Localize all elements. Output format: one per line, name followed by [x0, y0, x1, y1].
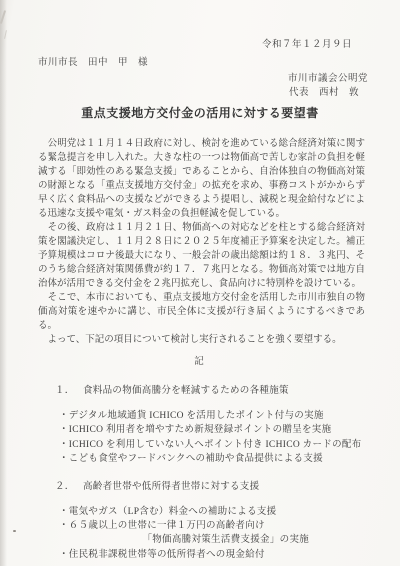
- item-heading: 食料品の物価高騰分を軽減するための各種施策: [83, 385, 289, 397]
- request-item-2: ２． 高齢者世帯や低所得者世帯に対する支援 ・電気やガス（LP含む）料金への補助…: [0, 481, 400, 563]
- addressee-line: 市川市長 田中 甲 様: [38, 57, 400, 69]
- body-paragraph-1: 公明党は１１月１４日政府に対し、検討を進めている総合経済対策に関する緊急提言を申…: [38, 137, 365, 221]
- request-item-2-heading-row: ２． 高齢者世帯や低所得者世帯に対する支援: [55, 481, 400, 493]
- bullet-line: ・こども食堂やフードバンクへの補助や食品提供による支援: [59, 452, 380, 466]
- bullet-line: ・電気やガス（LP含む）料金への補助による支援: [59, 505, 380, 519]
- sender-organization: 市川市議会公明党: [0, 73, 368, 85]
- body-paragraph-2: その後、政府は１１月２１日、物価高への対応などを柱とする総合経済対策を閣議決定し…: [38, 221, 365, 291]
- bullet-line: ・デジタル地域通貨 ICHICO を活用したポイント付与の実施: [59, 409, 380, 423]
- request-item-1: １． 食料品の物価高騰分を軽減するための各種施策 ・デジタル地域通貨 ICHIC…: [0, 385, 400, 467]
- body-paragraph-4: よって、下記の項目について検討し実行されることを強く要望する。: [38, 333, 365, 347]
- request-item-2-bullets: ・電気やガス（LP含む）料金への補助による支援 ・６５歳以上の世帯に一律１万円の…: [59, 505, 380, 563]
- sender-representative: 代表 西村 敦: [0, 87, 359, 99]
- body-paragraph-3: そこで、本市においても、重点支援地方交付金を活用した市川市独自の物価高対策を速や…: [38, 291, 365, 333]
- request-item-1-bullets: ・デジタル地域通貨 ICHICO を活用したポイント付与の実施 ・ICHICO …: [59, 409, 380, 467]
- ki-marker: 記: [0, 355, 400, 369]
- request-item-1-heading-row: １． 食料品の物価高騰分を軽減するための各種施策: [55, 385, 400, 397]
- item-number: １．: [55, 385, 83, 397]
- scan-scratch-artifact: [4, 30, 7, 39]
- scan-scratch-artifact: [0, 10, 6, 24]
- scanned-petition-document: 令和７年１２月９日 市川市長 田中 甲 様 市川市議会公明党 代表 西村 敦 重…: [0, 0, 400, 566]
- item-number: ２．: [55, 481, 83, 493]
- document-title: 重点支援地方交付金の活用に対する要望書: [0, 105, 400, 121]
- bullet-line: 「物価高騰対策生活費支援金」の実施: [59, 533, 380, 547]
- item-heading: 高齢者世帯や低所得者世帯に対する支援: [83, 481, 259, 493]
- document-date: 令和７年１２月９日: [0, 39, 352, 51]
- scan-speck-artifact: [13, 530, 16, 532]
- bullet-line: ・６５歳以上の世帯に一律１万円の高齢者向け: [59, 519, 380, 533]
- bullet-line: ・住民税非課税世帯等の低所得者への現金給付: [59, 548, 380, 562]
- bullet-line: ・ICHICO を利用していない人へポイント付き ICHICO カードの配布: [59, 438, 380, 452]
- document-body: 公明党は１１月１４日政府に対し、検討を進めている総合経済対策に関する緊急提言を申…: [38, 137, 365, 347]
- bullet-line: ・ICHICO 利用者を増やすため新規登録ポイントの贈呈を実施: [59, 423, 380, 437]
